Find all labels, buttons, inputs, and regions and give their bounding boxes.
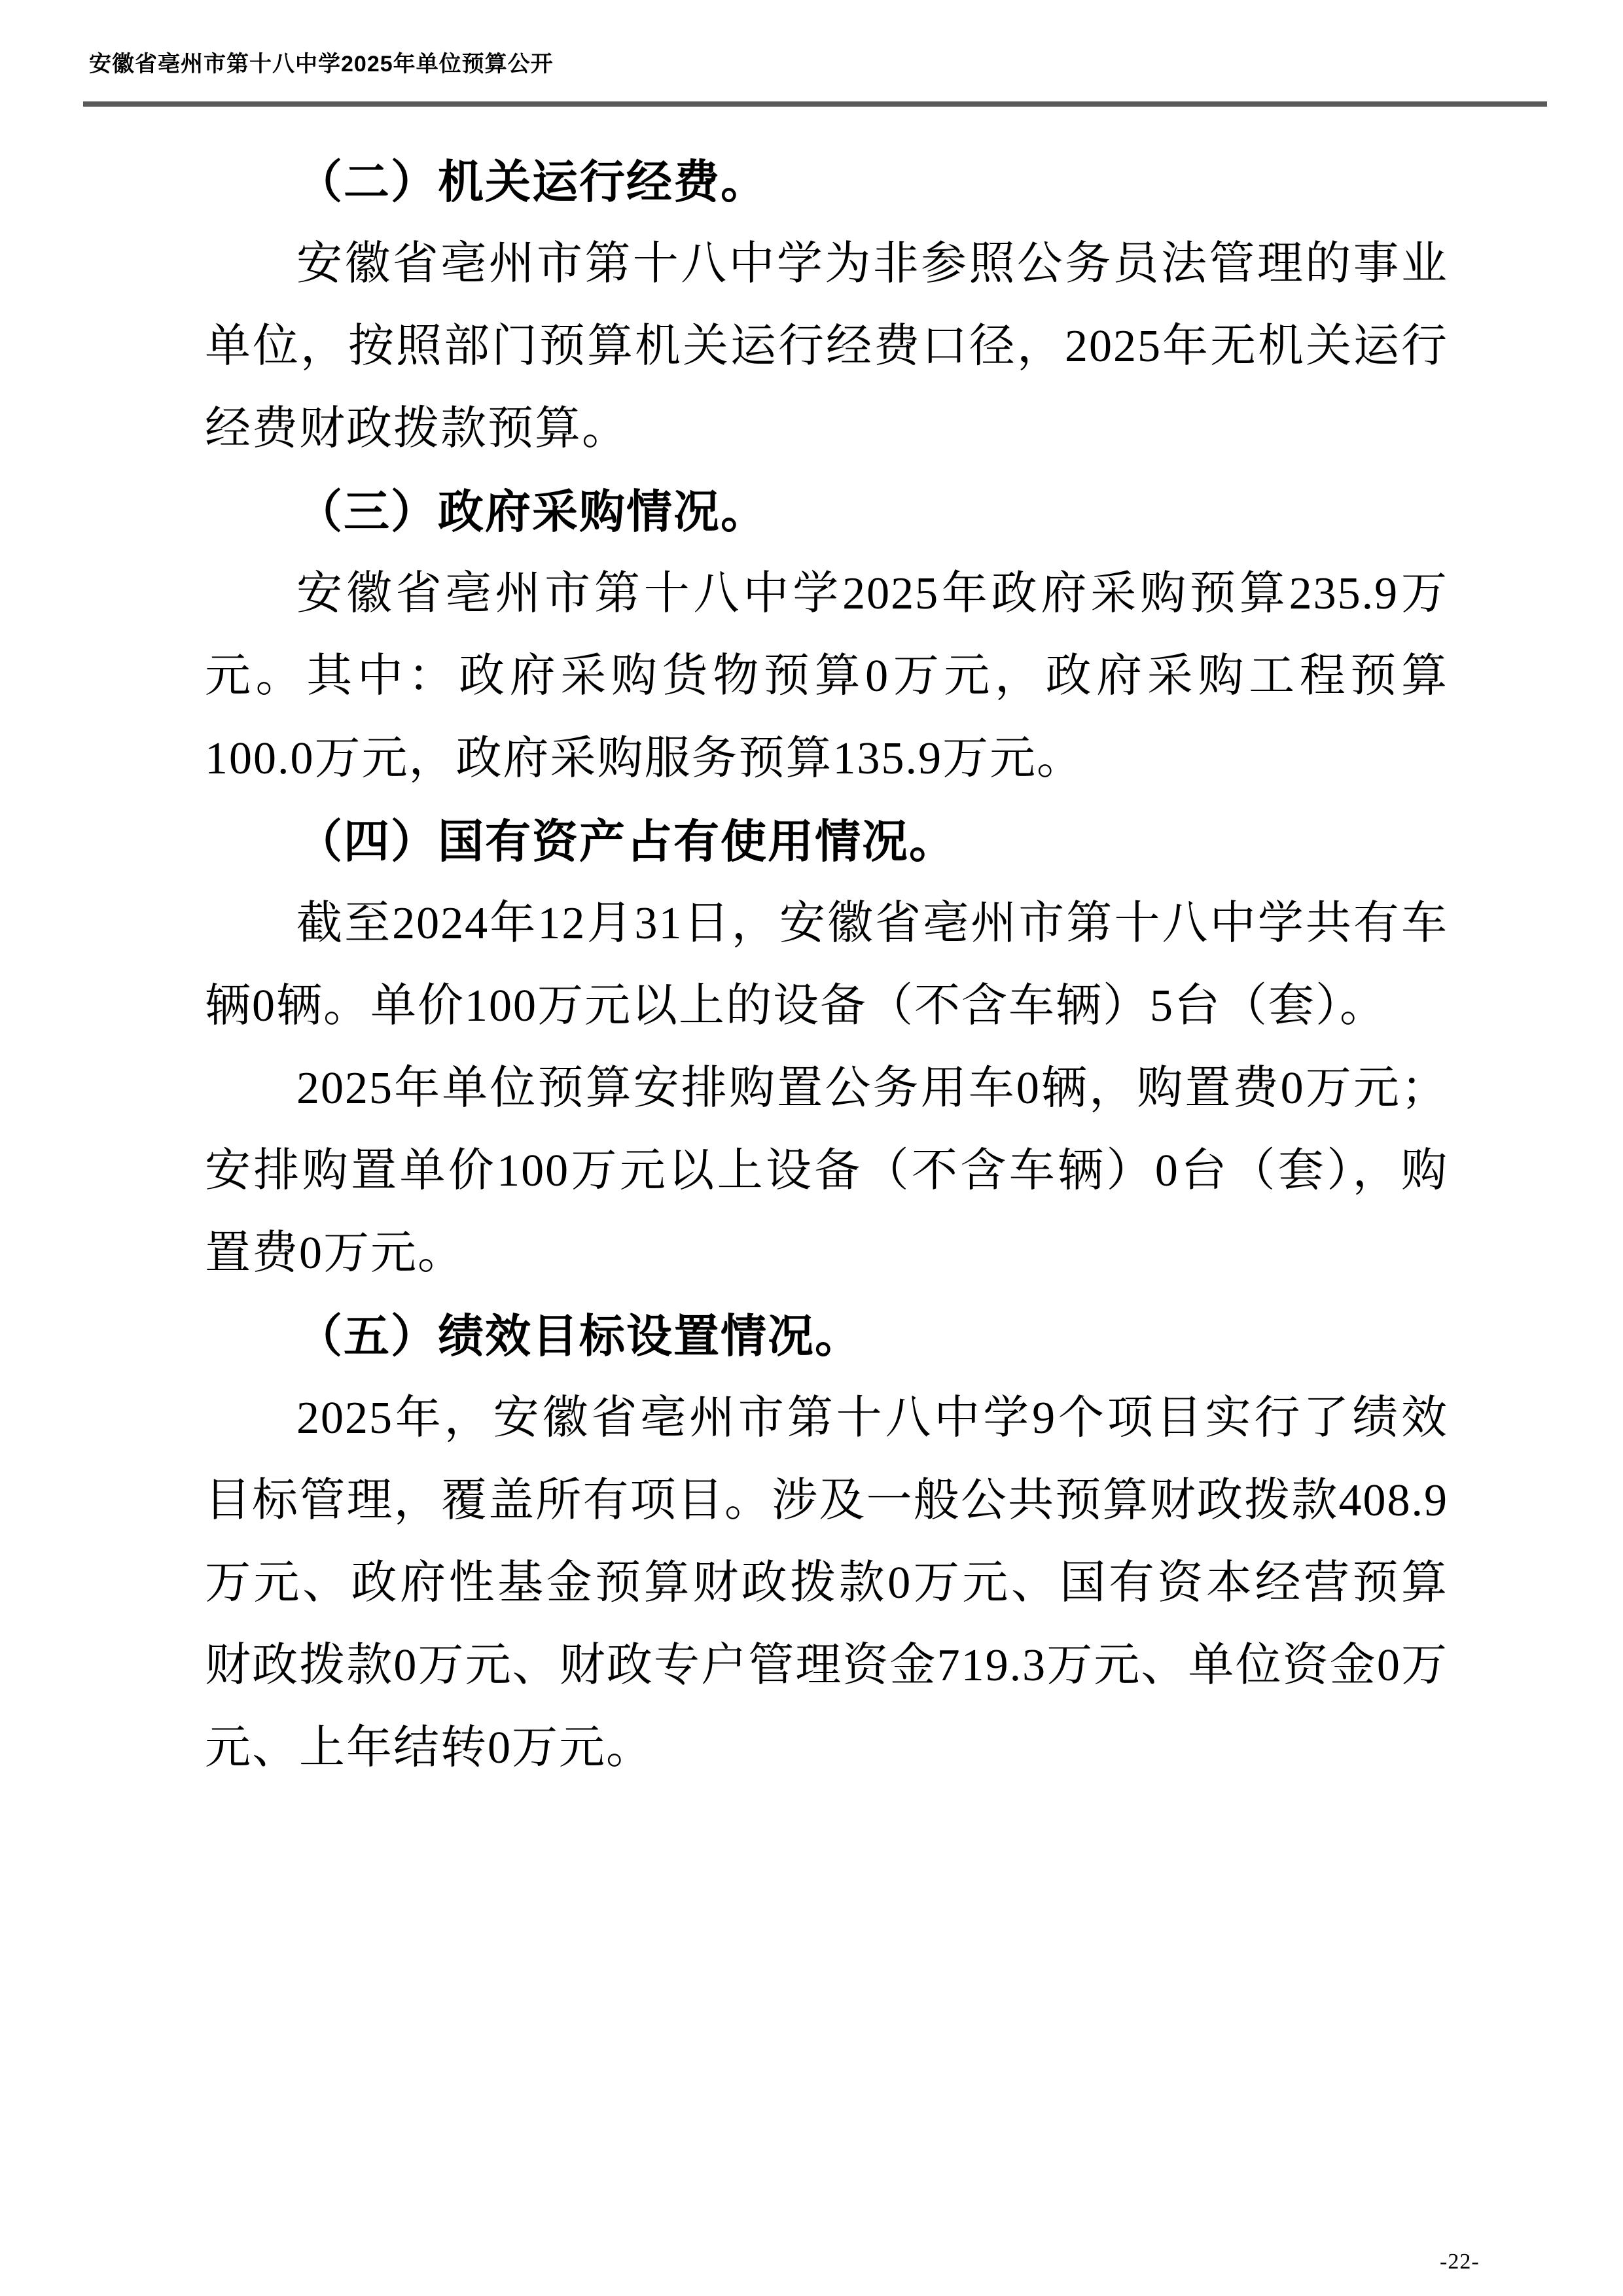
section-heading: （四）国有资产占有使用情况。 <box>205 800 1448 883</box>
section-heading: （三）政府采购情况。 <box>205 470 1448 553</box>
paragraph: 2025年，安徽省亳州市第十八中学9个项目实行了绩效目标管理，覆盖所有项目。涉及… <box>205 1377 1448 1790</box>
paragraph: 安徽省亳州市第十八中学2025年政府采购预算235.9万元。其中：政府采购货物预… <box>205 553 1448 800</box>
section-heading: （二）机关运行经费。 <box>205 141 1448 223</box>
paragraph: 截至2024年12月31日，安徽省亳州市第十八中学共有车辆0辆。单价100万元以… <box>205 883 1448 1048</box>
page-number: -22- <box>1440 2250 1480 2274</box>
header-rule <box>83 101 1547 107</box>
paragraph: 安徽省亳州市第十八中学为非参照公务员法管理的事业单位，按照部门预算机关运行经费口… <box>205 223 1448 470</box>
header-title: 安徽省亳州市第十八中学2025年单位预算公开 <box>89 46 554 78</box>
document-page: 安徽省亳州市第十八中学2025年单位预算公开 （二）机关运行经费。安徽省亳州市第… <box>0 0 1623 2296</box>
section-heading: （五）绩效目标设置情况。 <box>205 1295 1448 1377</box>
paragraph: 2025年单位预算安排购置公务用车0辆，购置费0万元；安排购置单价100万元以上… <box>205 1048 1448 1295</box>
document-body: （二）机关运行经费。安徽省亳州市第十八中学为非参照公务员法管理的事业单位，按照部… <box>205 141 1448 1790</box>
